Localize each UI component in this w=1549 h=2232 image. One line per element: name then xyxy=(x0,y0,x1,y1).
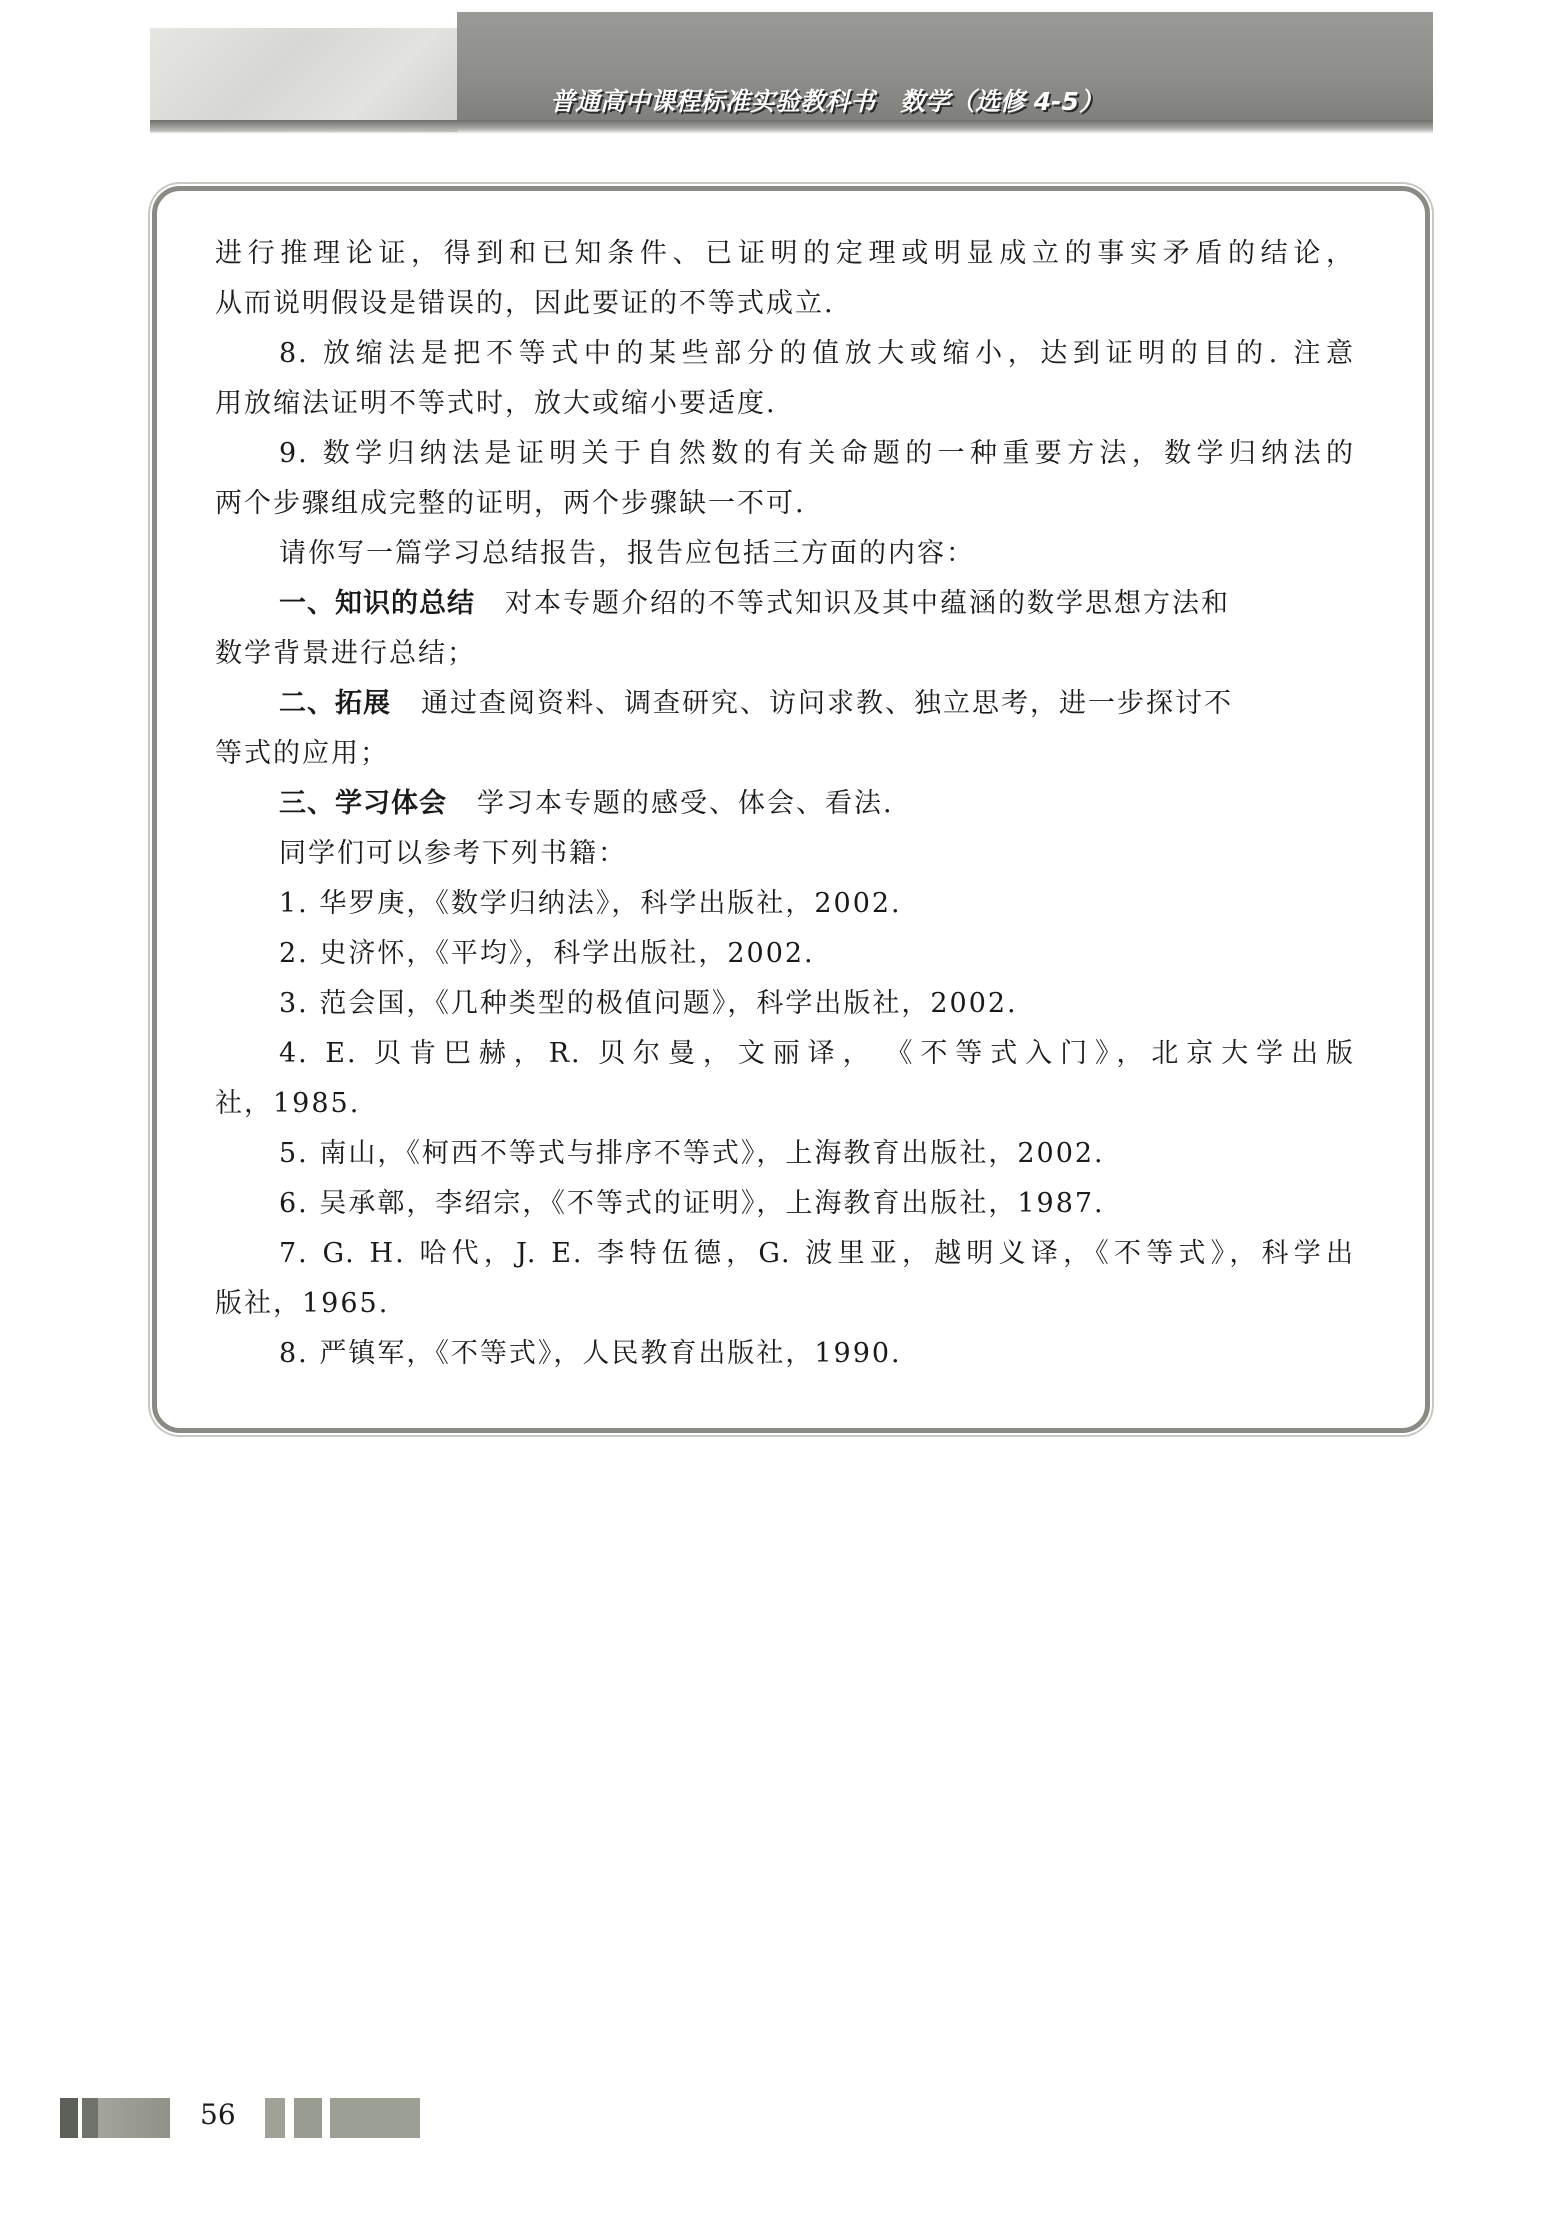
book-item: 8. 严镇军，《不等式》，人民教育出版社，1990. xyxy=(215,1329,1355,1379)
footer-decor-block xyxy=(294,2098,322,2138)
footer-decor-block xyxy=(82,2098,98,2138)
book-item-continued: 版社，1965. xyxy=(215,1279,1355,1329)
section-extension: 二、拓展通过查阅资料、调查研究、访问求教、独立思考，进一步探讨不 xyxy=(215,679,1355,729)
section-text: 对本专题介绍的不等式知识及其中蕴涵的数学思想方法和 xyxy=(505,588,1230,619)
book-item: 5. 南山，《柯西不等式与排序不等式》，上海教育出版社，2002. xyxy=(215,1129,1355,1179)
book-item: 3. 范会国，《几种类型的极值问题》，科学出版社，2002. xyxy=(215,979,1355,1029)
page-header-banner: 普通高中课程标准实验教科书 数学（选修 4-5） xyxy=(150,12,1433,130)
section-text-continued: 数学背景进行总结； xyxy=(215,629,1355,679)
page-number: 56 xyxy=(200,2098,236,2131)
point-9-line: 9. 数学归纳法是证明关于自然数的有关命题的一种重要方法，数学归纳法的 xyxy=(215,429,1355,479)
section-heading: 二、拓展 xyxy=(279,688,391,719)
section-reflection: 三、学习体会学习本专题的感受、体会、看法. xyxy=(215,779,1355,829)
section-knowledge: 一、知识的总结对本专题介绍的不等式知识及其中蕴涵的数学思想方法和 xyxy=(215,579,1355,629)
book-item: 2. 史济怀，《平均》，科学出版社，2002. xyxy=(215,929,1355,979)
footer-decor-block xyxy=(98,2098,170,2138)
book-item: 7. G. H. 哈代，J. E. 李特伍德，G. 波里亚，越明义译，《不等式》… xyxy=(215,1229,1355,1279)
point-9-line: 两个步骤组成完整的证明，两个步骤缺一不可. xyxy=(215,479,1355,529)
header-shadow xyxy=(150,120,1433,134)
header-light-panel xyxy=(150,28,458,132)
book-item: 4. E. 贝肯巴赫，R. 贝尔曼，文丽译， 《不等式入门》，北京大学出版 xyxy=(215,1029,1355,1079)
books-intro: 同学们可以参考下列书籍： xyxy=(215,829,1355,879)
paragraph-line: 从而说明假设是错误的，因此要证的不等式成立. xyxy=(215,279,1355,329)
section-text-continued: 等式的应用； xyxy=(215,729,1355,779)
footer-decor-block xyxy=(60,2098,78,2138)
section-text: 通过查阅资料、调查研究、访问求教、独立思考，进一步探讨不 xyxy=(421,688,1233,719)
book-item: 1. 华罗庚，《数学归纳法》，科学出版社，2002. xyxy=(215,879,1355,929)
section-heading: 三、学习体会 xyxy=(279,788,447,819)
report-intro: 请你写一篇学习总结报告，报告应包括三方面的内容： xyxy=(215,529,1355,579)
book-item: 6. 吴承鄣，李绍宗，《不等式的证明》，上海教育出版社，1987. xyxy=(215,1179,1355,1229)
book-item-continued: 社，1985. xyxy=(215,1079,1355,1129)
point-8-line: 8. 放缩法是把不等式中的某些部分的值放大或缩小，达到证明的目的. 注意 xyxy=(215,329,1355,379)
book-title: 普通高中课程标准实验教科书 数学（选修 4-5） xyxy=(550,82,1104,118)
paragraph-line: 进行推理论证，得到和已知条件、已证明的定理或明显成立的事实矛盾的结论， xyxy=(215,229,1355,279)
footer-decor-block xyxy=(265,2098,285,2138)
summary-box: 进行推理论证，得到和已知条件、已证明的定理或明显成立的事实矛盾的结论， 从而说明… xyxy=(152,186,1430,1433)
section-heading: 一、知识的总结 xyxy=(279,588,475,619)
point-8-line: 用放缩法证明不等式时，放大或缩小要适度. xyxy=(215,379,1355,429)
summary-content: 进行推理论证，得到和已知条件、已证明的定理或明显成立的事实矛盾的结论， 从而说明… xyxy=(215,229,1355,1379)
section-text: 学习本专题的感受、体会、看法. xyxy=(477,788,894,819)
footer-decor-block xyxy=(330,2098,420,2138)
